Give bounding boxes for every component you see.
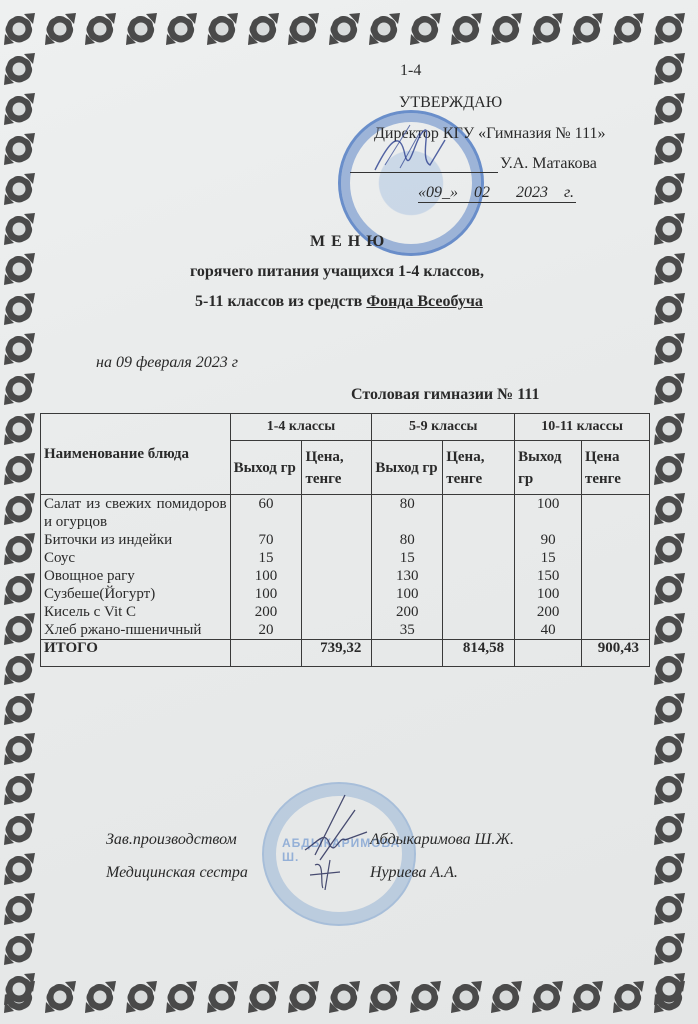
price-10-11 [582,549,650,567]
dish-name: Овощное рагу [41,567,231,585]
approval-date-year: 2023 [516,184,548,201]
flower-ornament-icon [2,852,36,886]
price-5-9 [443,585,515,603]
header-price-5-9: Цена, тенге [443,441,515,495]
flower-ornament-icon [2,332,36,366]
flower-ornament-icon [652,172,686,206]
header-yield-5-9: Выход гр [372,441,443,495]
yield-1-4: 20 [230,621,302,640]
price-10-11 [582,567,650,585]
flower-ornament-icon [408,12,442,46]
header-group-1-4: 1-4 классы [230,414,372,441]
flower-ornament-icon [83,980,117,1014]
document-subtitle-line2: 5-11 классов из средств Фонда Всеобуча [195,293,483,311]
header-yield-1-4: Выход гр [230,441,302,495]
total-yield-1-4 [230,640,302,667]
approval-date-day: «09_» [418,184,458,201]
price-1-4 [302,621,372,640]
document-title: М Е Н Ю [310,233,385,251]
header-group-10-11: 10-11 классы [515,414,650,441]
signatory-name-nurse: Нуриева А.А. [370,864,458,882]
header-dish-name: Наименование блюда [41,414,231,495]
yield-1-4: 70 [230,531,302,549]
flower-ornament-icon [408,980,442,1014]
price-1-4 [302,531,372,549]
flower-ornament-icon [652,772,686,806]
flower-ornament-icon [2,252,36,286]
flower-ornament-icon [652,492,686,526]
flower-ornament-icon [2,412,36,446]
yield-1-4: 15 [230,549,302,567]
flower-ornament-icon [652,812,686,846]
flower-ornament-icon [2,532,36,566]
signatory-name-production: Абдыкаримова Ш.Ж. [370,831,514,849]
signatures [295,790,375,890]
yield-5-9: 80 [372,531,443,549]
dish-name: Кисель с Vit C [41,603,231,621]
approval-date-suffix: г. [564,184,574,201]
approval-date-month: 02 [474,184,490,201]
total-row: ИТОГО 739,32 814,58 900,43 [41,640,650,667]
flower-ornament-icon [367,12,401,46]
flower-ornament-icon [205,12,239,46]
yield-1-4: 100 [230,567,302,585]
flower-ornament-icon [124,12,158,46]
flower-ornament-icon [327,12,361,46]
flower-ornament-icon [652,372,686,406]
menu-table-body: Салат из свежих помидоров и огурцов60801… [41,495,650,640]
table-row: Биточки из индейки708090 [41,531,650,549]
flower-ornament-icon [652,12,686,46]
dish-name: Хлеб ржано-пшеничный [41,621,231,640]
flower-ornament-icon [652,972,686,1006]
flower-ornament-icon [652,332,686,366]
flower-ornament-icon [286,980,320,1014]
flower-ornament-icon [652,92,686,126]
total-yield-5-9 [372,640,443,667]
director-signature [370,120,450,180]
price-10-11 [582,531,650,549]
flower-ornament-icon [2,172,36,206]
flower-ornament-icon [43,12,77,46]
yield-5-9: 35 [372,621,443,640]
flower-ornament-icon [570,12,604,46]
yield-1-4: 200 [230,603,302,621]
flower-ornament-icon [2,732,36,766]
flower-ornament-icon [2,92,36,126]
price-1-4 [302,495,372,532]
total-price-5-9: 814,58 [443,640,515,667]
flower-ornament-icon [83,12,117,46]
flower-ornament-icon [652,572,686,606]
header-group-5-9: 5-9 классы [372,414,515,441]
price-5-9 [443,603,515,621]
flower-ornament-icon [489,12,523,46]
flower-ornament-icon [2,292,36,326]
yield-5-9: 130 [372,567,443,585]
price-1-4 [302,585,372,603]
menu-table: Наименование блюда 1-4 классы 5-9 классы… [40,413,650,667]
price-10-11 [582,495,650,532]
flower-ornament-icon [2,892,36,926]
flower-ornament-icon [164,12,198,46]
flower-ornament-icon [652,412,686,446]
signatory-role-nurse: Медицинская сестра [106,864,248,882]
flower-ornament-icon [2,932,36,966]
canteen-name: Столовая гимназии № 111 [351,386,539,404]
price-5-9 [443,621,515,640]
approval-heading: УТВЕРЖДАЮ [399,94,502,112]
total-label: ИТОГО [41,640,231,667]
yield-10-11: 100 [515,585,582,603]
table-row: Салат из свежих помидоров и огурцов60801… [41,495,650,532]
corner-note: 1-4 [400,62,421,80]
flower-ornament-icon [205,980,239,1014]
flower-ornament-icon [2,52,36,86]
yield-5-9: 200 [372,603,443,621]
flower-ornament-icon [652,612,686,646]
price-1-4 [302,603,372,621]
flower-ornament-icon [2,692,36,726]
signatory-role-production: Зав.производством [106,831,237,849]
menu-date: на 09 февраля 2023 г [96,354,238,372]
flower-ornament-icon [611,12,645,46]
total-price-1-4: 739,32 [302,640,372,667]
flower-ornament-icon [652,852,686,886]
price-10-11 [582,621,650,640]
flower-ornament-icon [570,980,604,1014]
yield-10-11: 15 [515,549,582,567]
approval-name: У.А. Матакова [500,155,597,173]
flower-ornament-icon [652,532,686,566]
flower-ornament-icon [652,652,686,686]
header-price-1-4: Цена, тенге [302,441,372,495]
flower-ornament-icon [246,980,280,1014]
price-10-11 [582,585,650,603]
flower-ornament-icon [652,452,686,486]
yield-10-11: 40 [515,621,582,640]
flower-ornament-icon [286,12,320,46]
flower-ornament-icon [164,980,198,1014]
flower-ornament-icon [611,980,645,1014]
flower-ornament-icon [449,980,483,1014]
yield-10-11: 150 [515,567,582,585]
price-5-9 [443,531,515,549]
yield-1-4: 60 [230,495,302,532]
flower-ornament-icon [449,12,483,46]
flower-ornament-icon [43,980,77,1014]
yield-5-9: 80 [372,495,443,532]
flower-ornament-icon [2,812,36,846]
yield-10-11: 100 [515,495,582,532]
dish-name: Соус [41,549,231,567]
flower-ornament-icon [652,252,686,286]
flower-ornament-icon [2,572,36,606]
price-1-4 [302,549,372,567]
total-price-10-11: 900,43 [582,640,650,667]
flower-ornament-icon [124,980,158,1014]
flower-ornament-icon [2,452,36,486]
table-row: Сузбеше(Йогурт)100100100 [41,585,650,603]
flower-ornament-icon [652,892,686,926]
yield-5-9: 100 [372,585,443,603]
flower-ornament-icon [2,492,36,526]
flower-ornament-icon [489,980,523,1014]
flower-ornament-icon [246,12,280,46]
dish-name: Салат из свежих помидоров и огурцов [41,495,231,532]
flower-ornament-icon [2,212,36,246]
price-5-9 [443,567,515,585]
flower-ornament-icon [2,972,36,1006]
flower-ornament-icon [652,732,686,766]
flower-ornament-icon [652,52,686,86]
price-5-9 [443,549,515,567]
yield-10-11: 200 [515,603,582,621]
subtitle-prefix: 5-11 классов из средств [195,293,366,310]
flower-ornament-icon [652,212,686,246]
dish-name: Биточки из индейки [41,531,231,549]
flower-ornament-icon [2,12,36,46]
flower-ornament-icon [327,980,361,1014]
flower-ornament-icon [652,692,686,726]
fund-name: Фонда Всеобуча [366,293,483,310]
yield-1-4: 100 [230,585,302,603]
yield-10-11: 90 [515,531,582,549]
price-5-9 [443,495,515,532]
flower-ornament-icon [530,12,564,46]
flower-ornament-icon [2,612,36,646]
table-row: Овощное рагу100130150 [41,567,650,585]
flower-ornament-icon [652,292,686,326]
flower-ornament-icon [367,980,401,1014]
flower-ornament-icon [652,132,686,166]
yield-5-9: 15 [372,549,443,567]
approval-date: «09_» 02 2023 г. [418,184,576,203]
total-yield-10-11 [515,640,582,667]
table-row: Кисель с Vit C200200200 [41,603,650,621]
price-1-4 [302,567,372,585]
flower-ornament-icon [2,772,36,806]
document-subtitle-line1: горячего питания учащихся 1-4 классов, [190,263,484,281]
price-10-11 [582,603,650,621]
dish-name: Сузбеше(Йогурт) [41,585,231,603]
header-price-10-11: Цена тенге [582,441,650,495]
table-row: Соус151515 [41,549,650,567]
flower-ornament-icon [530,980,564,1014]
table-row: Хлеб ржано-пшеничный203540 [41,621,650,640]
flower-ornament-icon [2,372,36,406]
flower-ornament-icon [2,652,36,686]
header-yield-10-11: Выход гр [515,441,582,495]
flower-ornament-icon [2,132,36,166]
flower-ornament-icon [652,932,686,966]
